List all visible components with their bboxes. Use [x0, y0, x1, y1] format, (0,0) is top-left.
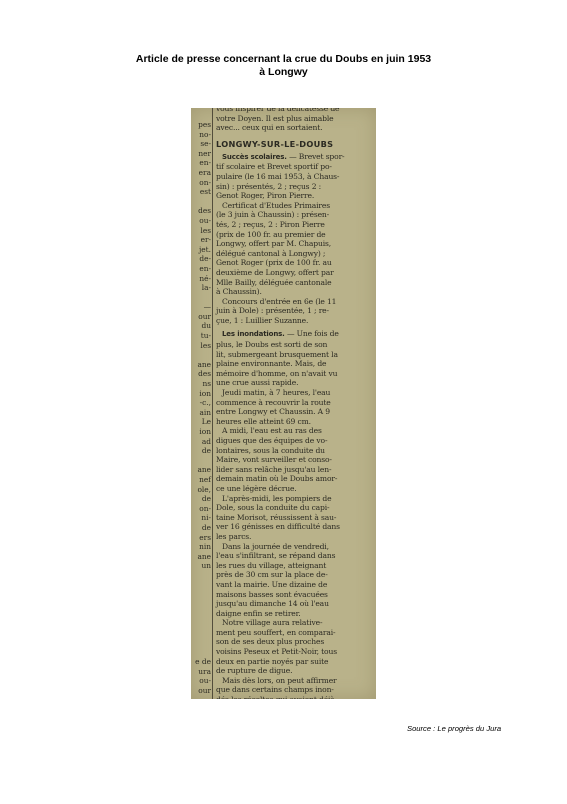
fragment-line: on- — [191, 178, 212, 188]
fragment-line: un — [191, 561, 212, 571]
fragment-line: pes — [191, 120, 212, 130]
inondations-p5: Dans la journée de vendredi,l'eau s'infi… — [216, 542, 374, 619]
article-column: vous inspirer de la délicatesse devotre … — [216, 108, 374, 699]
fragment-line: ner — [191, 149, 212, 159]
text-line: commence à recouvrir la route — [216, 398, 374, 408]
text-line: son de ses deux plus proches — [216, 637, 374, 647]
text-line: Genot Roger, Piron Pierre. — [216, 191, 374, 201]
text-line: deuxième de Longwy, offert par — [216, 268, 374, 278]
text-line: voisins Peseux et Petit-Noir, tous — [216, 647, 374, 657]
fragment-line: se- — [191, 139, 212, 149]
fragment-line: ole, — [191, 485, 212, 495]
column-divider — [212, 108, 213, 699]
fragment-line: e de — [191, 657, 212, 667]
fragment-line: ion — [191, 427, 212, 437]
text-line: Jeudi matin, à 7 heures, l'eau — [216, 388, 374, 398]
text-line: (prix de 100 fr. au premier de — [216, 230, 374, 240]
text-line: plus, le Doubs est sorti de son — [216, 340, 374, 350]
text-line: digues que des équipes de vo- — [216, 436, 374, 446]
fragment-line: de — [191, 523, 212, 533]
text-line: deux en partie noyés par suite — [216, 657, 374, 667]
certificat-paragraph: Certificat d'Etudes Primaires(le 3 juin … — [216, 201, 374, 297]
fragment-line: our — [191, 686, 212, 696]
fragment-line: les — [191, 226, 212, 236]
fragment-line: ad — [191, 437, 212, 447]
text-line: plaine environnante. Mais, de — [216, 359, 374, 369]
fragment-line: nce — [191, 696, 212, 699]
text-line: que dans certains champs inon- — [216, 685, 374, 695]
fragment-line: ers — [191, 533, 212, 543]
text-line: lider sans relâche jusqu'au len- — [216, 465, 374, 475]
left-column-fragments: pesno-se-neren-eraon-est desou-leser-jet… — [191, 108, 212, 699]
text-line: Notre village aura relative- — [216, 618, 374, 628]
fragment-line: -c., — [191, 398, 212, 408]
fragment-line: our — [191, 312, 212, 322]
text-line: (le 3 juin à Chaussin) : présen- — [216, 210, 374, 220]
text-line: maisons basses sont évacuées — [216, 590, 374, 600]
text-line: sin) : présentés, 2 ; reçus 2 : — [216, 182, 374, 192]
title-line-2: à Longwy — [0, 66, 567, 79]
fragment-line: er- — [191, 235, 212, 245]
text-line: délégué cantonal à Longwy) ; — [216, 249, 374, 259]
text-line: près de 30 cm sur la place de- — [216, 570, 374, 580]
text-line: de rupture de digue. — [216, 666, 374, 676]
fragment-line: de — [191, 446, 212, 456]
text-line: tés, 2 ; reçus, 2 : Piron Pierre — [216, 220, 374, 230]
article-heading: LONGWY-SUR-LE-DOUBS — [216, 137, 374, 151]
section-scolaires-lead: Succès scolaires. — Brevet spor- — [216, 152, 374, 163]
text-line: Genot Roger (prix de 100 fr. au — [216, 258, 374, 268]
intro-paragraph: vous inspirer de la délicatesse devotre … — [216, 108, 374, 133]
text-line: taine Morisot, réussissent à sau- — [216, 513, 374, 523]
fragment-line: né- — [191, 274, 212, 284]
fragment-line: ni- — [191, 513, 212, 523]
fragment-line: du — [191, 321, 212, 331]
fragment-line: en- — [191, 158, 212, 168]
text-line: çue, 1 : Luillier Suzanne. — [216, 316, 374, 326]
fragment-line: ou- — [191, 216, 212, 226]
section-inondations-lead: Les inondations. — Une fois de — [216, 329, 374, 340]
text-line: A midi, l'eau est au ras des — [216, 426, 374, 436]
fragment-line: nin — [191, 542, 212, 552]
text-line: demain matin où le Doubs amor- — [216, 474, 374, 484]
text-line: les parcs. — [216, 532, 374, 542]
text-line: Longwy, offert par M. Chapuis, — [216, 239, 374, 249]
section-scolaires-body: tif scolaire et Brevet sportif po-pulair… — [216, 162, 374, 200]
text-line: Dans la journée de vendredi, — [216, 542, 374, 552]
text-line: les rues du village, atteignant — [216, 561, 374, 571]
fragment-line: on- — [191, 504, 212, 514]
fragment-line: des — [191, 206, 212, 216]
fragment-line: en- — [191, 264, 212, 274]
fragment-line — [191, 628, 212, 638]
fragment-line: ane — [191, 360, 212, 370]
text-line: pulaire (le 16 mai 1953, à Chaus- — [216, 172, 374, 182]
fragment-line: est — [191, 187, 212, 197]
text-line: lontaires, sous la conduite du — [216, 446, 374, 456]
text-line: Certificat d'Etudes Primaires — [216, 201, 374, 211]
inondations-p3: A midi, l'eau est au ras desdigues que d… — [216, 426, 374, 493]
concours-paragraph: Concours d'entrée en 6e (le 11juin à Dol… — [216, 297, 374, 326]
text-line: daigne enfin se retirer. — [216, 609, 374, 619]
fragment-line: ou- — [191, 676, 212, 686]
fragment-line: des — [191, 369, 212, 379]
text-line: entre Longwy et Chaussin. A 9 — [216, 407, 374, 417]
text-line: votre Doyen. Il est plus aimable — [216, 114, 374, 124]
text-line: tif scolaire et Brevet sportif po- — [216, 162, 374, 172]
inondations-p4: L'après-midi, les pompiers deDole, sous … — [216, 494, 374, 542]
fragment-line: de- — [191, 254, 212, 264]
inondations-p1: plus, le Doubs est sorti de sonlit, subm… — [216, 340, 374, 388]
section-label-scolaires: Succès scolaires. — [222, 153, 287, 161]
text-line: ver 16 génisses en difficulté dans — [216, 522, 374, 532]
text-line: Concours d'entrée en 6e (le 11 — [216, 297, 374, 307]
source-caption: Source : Le progrès du Jura — [407, 724, 501, 733]
text-line: mémoire d'homme, on n'avait vu — [216, 369, 374, 379]
inondations-p6: Notre village aura relative-ment peu sou… — [216, 618, 374, 676]
newspaper-clipping: pesno-se-neren-eraon-est desou-leser-jet… — [191, 108, 376, 699]
text-line: heures elle atteint 69 cm. — [216, 417, 374, 427]
fragment-line: era — [191, 168, 212, 178]
fragment-line: ns — [191, 379, 212, 389]
fragment-line: de — [191, 494, 212, 504]
fragment-line: ain — [191, 408, 212, 418]
text-line: Maire, vont surveiller et conso- — [216, 455, 374, 465]
fragment-line: no- — [191, 130, 212, 140]
fragment-line: les — [191, 341, 212, 351]
text-line: jusqu'au dimanche 14 où l'eau — [216, 599, 374, 609]
fragment-line — [191, 350, 212, 360]
text-line: dés les récoltes qui avaient déjà — [216, 695, 374, 699]
inondations-p7: Mais dès lors, on peut affirmerque dans … — [216, 676, 374, 699]
fragment-line — [191, 600, 212, 610]
fragment-line — [191, 456, 212, 466]
fragment-line — [191, 571, 212, 581]
fragment-line — [191, 581, 212, 591]
fragment-line — [191, 619, 212, 629]
fragment-line: ane — [191, 552, 212, 562]
text-line: une crue aussi rapide. — [216, 378, 374, 388]
inondations-p2: Jeudi matin, à 7 heures, l'eaucommence à… — [216, 388, 374, 426]
fragment-line — [191, 590, 212, 600]
title-line-1: Article de presse concernant la crue du … — [0, 53, 567, 66]
fragment-line — [191, 638, 212, 648]
fragment-line: ura — [191, 667, 212, 677]
text-line: Mlle Bailly, déléguée cantonale — [216, 278, 374, 288]
fragment-line — [191, 648, 212, 658]
text-line: lit, submergeant brusquement la — [216, 350, 374, 360]
fragment-line: ion — [191, 389, 212, 399]
fragment-line — [191, 197, 212, 207]
section-label-inondations: Les inondations. — [222, 330, 285, 338]
fragment-line: la- — [191, 283, 212, 293]
text-line: ce une légère décrue. — [216, 484, 374, 494]
document-title: Article de presse concernant la crue du … — [0, 53, 567, 79]
text-line: Mais dès lors, on peut affirmer — [216, 676, 374, 686]
fragment-line — [191, 609, 212, 619]
fragment-line: jet. — [191, 245, 212, 255]
fragment-line — [191, 293, 212, 303]
fragment-line: tu- — [191, 331, 212, 341]
fragment-line: Le — [191, 417, 212, 427]
text-line: ment peu souffert, en comparai- — [216, 628, 374, 638]
fragment-line: nef — [191, 475, 212, 485]
text-line: L'après-midi, les pompiers de — [216, 494, 374, 504]
text-line: avec... ceux qui en sortaient. — [216, 123, 374, 133]
text-line: Dole, sous la conduite du capi- — [216, 503, 374, 513]
text-line: l'eau s'infiltrant, se répand dans — [216, 551, 374, 561]
text-line: vant la mairie. Une dizaine de — [216, 580, 374, 590]
text-line: juin à Dole) : présentée, 1 ; re- — [216, 306, 374, 316]
fragment-line: — — [191, 302, 212, 312]
text-line: à Chaussin). — [216, 287, 374, 297]
fragment-line: ane — [191, 465, 212, 475]
